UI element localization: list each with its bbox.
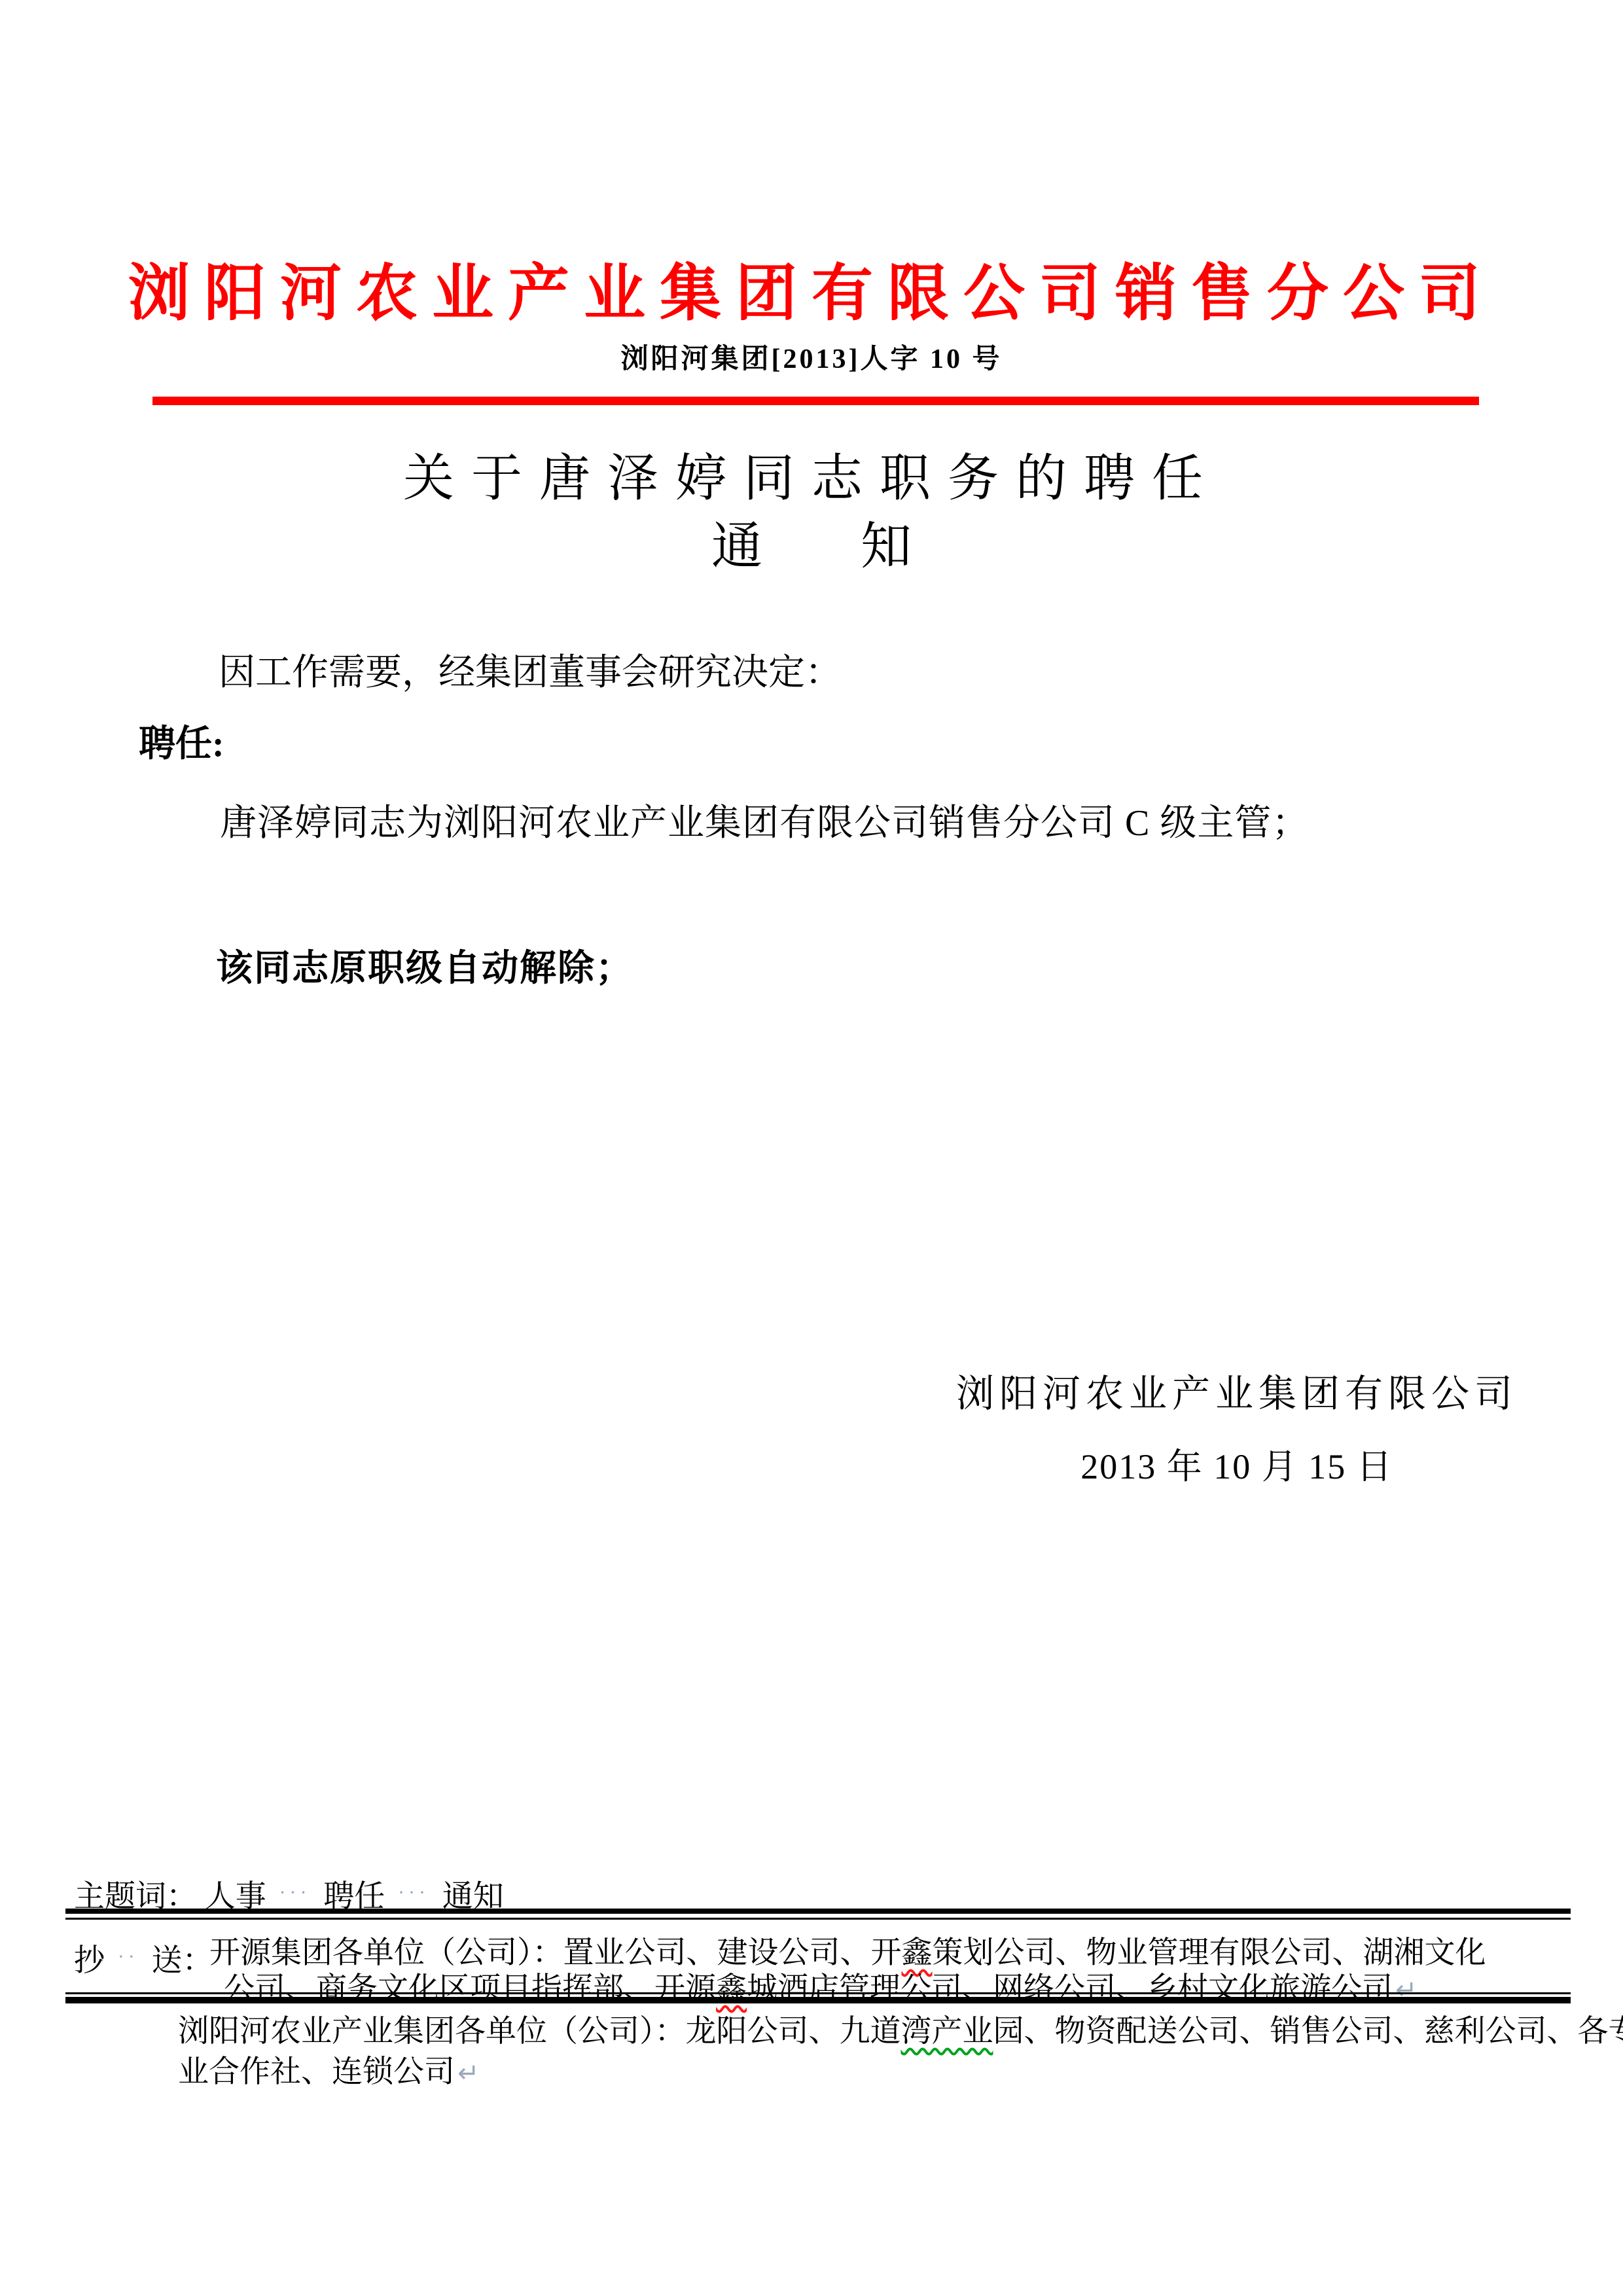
cc-text: 策划公司、物业管理有限公司、湖湘文化 xyxy=(933,1936,1486,1970)
cc-text: 浏阳河农业产业集团各单位（公司）：龙阳公司、九道 xyxy=(178,2015,901,2049)
misspelled-word-red-squiggle: 鑫 xyxy=(902,1936,933,1970)
doc-title-line1: 关于唐泽婷同志职务的聘任 xyxy=(0,437,1623,511)
cc-text: 开源集团各单位（公司）：置业公司、建设公司、开 xyxy=(209,1936,902,1970)
footer-divider-bottom-thick xyxy=(65,1997,1571,2003)
footer-divider-top-thick xyxy=(65,1909,1571,1914)
document-page: 浏阳河农业产业集团有限公司销售分公司 浏阳河集团[2013]人字 10 号 关于… xyxy=(0,0,1623,2296)
footer-divider-bottom-thin xyxy=(65,1992,1571,1994)
body-label-appointment: 聘任: xyxy=(139,715,224,767)
doc-title-line2: 通 知 xyxy=(0,505,1623,579)
grammar-flag-green-squiggle: 湾产业 xyxy=(901,2015,993,2049)
cc-label-first-char: 抄 xyxy=(74,1944,105,1978)
doc-title-char-tong: 通 xyxy=(711,505,762,579)
space-format-dots-icon: ··· xyxy=(274,1882,316,1903)
header-company-title: 浏阳河农业产业集团有限公司销售分公司 xyxy=(0,243,1623,332)
body-paragraph-dismissal: 该同志原职级自动解除； xyxy=(216,947,633,990)
header-doc-number: 浏阳河集团[2013]人字 10 号 xyxy=(0,337,1623,376)
paragraph-return-mark-icon: ↵ xyxy=(455,2058,480,2089)
cc-label-second-char: 送： xyxy=(151,1944,213,1978)
cc-text: 业合作社、连锁公司 xyxy=(178,2055,455,2089)
signature-company: 浏阳河农业产业集团有限公司 xyxy=(929,1363,1544,1418)
cc-secondary-paragraph: 浏阳河农业产业集团各单位（公司）：龙阳公司、九道湾产业园、物资配送公司、销售公司… xyxy=(178,2015,1598,2090)
cc-text: 园、物资配送公司、销售公司、慈利公司、各专 xyxy=(993,2015,1623,2049)
footer-divider-top-thin xyxy=(65,1918,1571,1920)
space-format-dots-icon: ·· xyxy=(113,1946,144,1967)
space-format-dots-icon: ··· xyxy=(393,1882,435,1903)
cc-secondary-line2: 业合作社、连锁公司↵ xyxy=(178,2055,1598,2090)
cc-primary-line1: 开源集团各单位（公司）：置业公司、建设公司、开鑫策划公司、物业管理有限公司、湖湘… xyxy=(209,1936,1577,1970)
signature-date: 2013 年 10 月 15 日 xyxy=(929,1439,1544,1489)
cc-secondary-line1: 浏阳河农业产业集团各单位（公司）：龙阳公司、九道湾产业园、物资配送公司、销售公司… xyxy=(178,2015,1598,2049)
body-paragraph-appointment: 唐泽婷同志为浏阳河农业产业集团有限公司销售分公司 C 级主管； xyxy=(220,802,1309,845)
doc-title-char-zhi: 知 xyxy=(861,505,912,579)
header-red-divider xyxy=(152,397,1479,405)
cc-label: 抄 ·· 送： xyxy=(74,1936,213,1980)
body-paragraph-intro: 因工作需要，经集团董事会研究决定： xyxy=(219,651,842,694)
